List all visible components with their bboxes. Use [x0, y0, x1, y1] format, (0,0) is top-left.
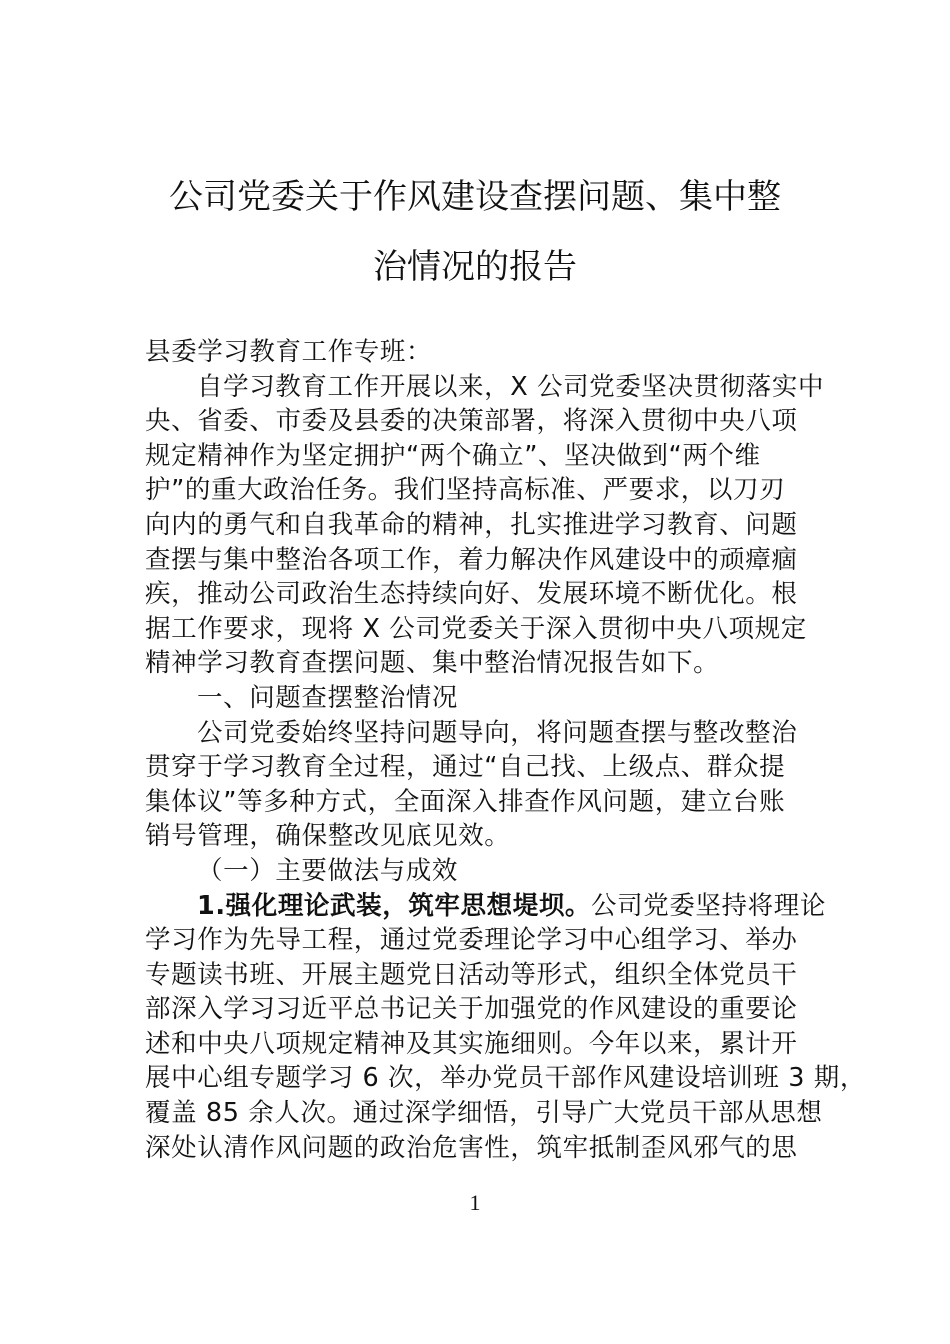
document-page: 公司党委关于作风建设查摆问题、集中整 治情况的报告 县委学习教育工作专班： 自学…	[0, 0, 950, 1344]
paragraph-line: 精神学习教育查摆问题、集中整治情况报告如下。	[145, 646, 809, 681]
page-number: 1	[0, 1190, 950, 1216]
paragraph-line: 专题读书班、开展主题党日活动等形式，组织全体党员干	[145, 958, 809, 993]
document-title-line-2: 治情况的报告	[140, 250, 810, 284]
salutation: 县委学习教育工作专班：	[145, 335, 809, 370]
paragraph-line: 向内的勇气和自我革命的精神，扎实推进学习教育、问题	[145, 508, 809, 543]
paragraph-line: 疾，推动公司政治生态持续向好、发展环境不断优化。根	[145, 577, 809, 612]
paragraph-line: 集体议”等多种方式，全面深入排查作风问题，建立台账	[145, 785, 809, 820]
paragraph-line: 据工作要求，现将 X 公司党委关于深入贯彻中央八项规定	[145, 612, 809, 647]
paragraph-line: 护”的重大政治任务。我们坚持高标准、严要求，以刀刃	[145, 473, 809, 508]
document-body: 县委学习教育工作专班： 自学习教育工作开展以来，X 公司党委坚决贯彻落实中 央、…	[145, 335, 809, 1165]
paragraph-line: 深处认清作风问题的政治危害性，筑牢抵制歪风邪气的思	[145, 1131, 809, 1166]
paragraph-line: 自学习教育工作开展以来，X 公司党委坚决贯彻落实中	[145, 370, 809, 405]
paragraph-line: 规定精神作为坚定拥护“两个确立”、坚决做到“两个维	[145, 439, 809, 474]
subsection-heading: （一）主要做法与成效	[145, 854, 809, 889]
paragraph-line: 展中心组专题学习 6 次，举办党员干部作风建设培训班 3 期，	[145, 1061, 809, 1096]
paragraph-line: 学习作为先导工程，通过党委理论学习中心组学习、举办	[145, 923, 809, 958]
paragraph-line: 查摆与集中整治各项工作，着力解决作风建设中的顽瘴痼	[145, 543, 809, 578]
document-title-line-1: 公司党委关于作风建设查摆问题、集中整	[140, 180, 810, 214]
section-heading-1: 一、问题查摆整治情况	[145, 681, 809, 716]
paragraph-text: 公司党委坚持将理论	[591, 891, 826, 921]
paragraph-line-with-bold-lead: 1.强化理论武装，筑牢思想堤坝。公司党委坚持将理论	[145, 889, 809, 924]
paragraph-line: 销号管理，确保整改见底见效。	[145, 819, 809, 854]
paragraph-line: 公司党委始终坚持问题导向，将问题查摆与整改整治	[145, 716, 809, 751]
bold-lead-heading: 1.强化理论武装，筑牢思想堤坝。	[197, 891, 591, 921]
paragraph-line: 部深入学习习近平总书记关于加强党的作风建设的重要论	[145, 992, 809, 1027]
paragraph-line: 贯穿于学习教育全过程，通过“自己找、上级点、群众提	[145, 750, 809, 785]
paragraph-line: 央、省委、市委及县委的决策部署，将深入贯彻中央八项	[145, 404, 809, 439]
paragraph-line: 覆盖 85 余人次。通过深学细悟，引导广大党员干部从思想	[145, 1096, 809, 1131]
paragraph-line: 述和中央八项规定精神及其实施细则。今年以来，累计开	[145, 1027, 809, 1062]
